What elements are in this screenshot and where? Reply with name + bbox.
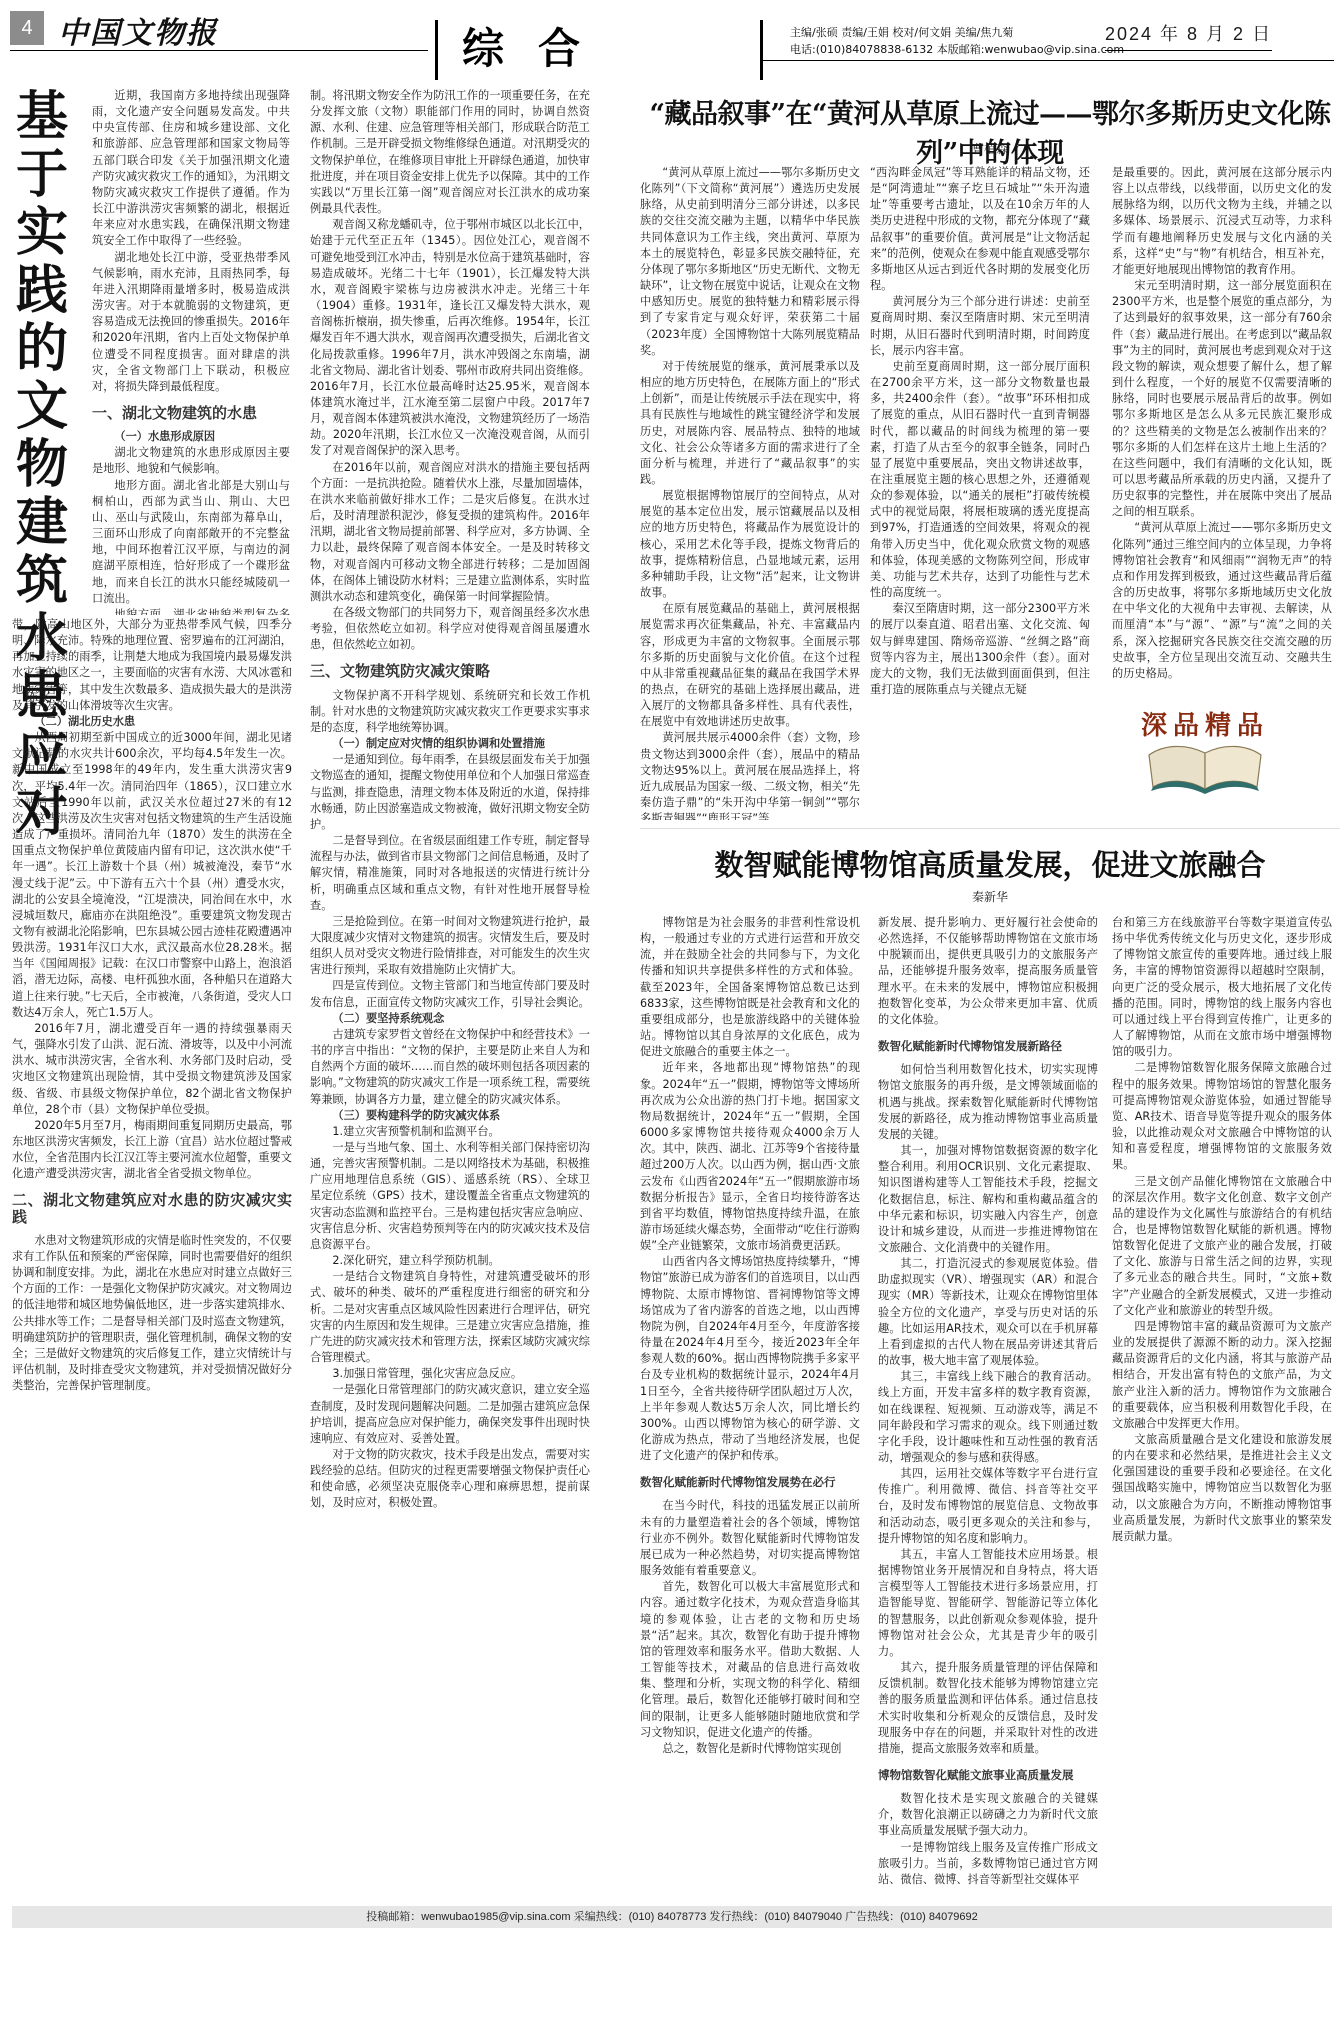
section-heading: 一、湖北文物建筑的水患 — [92, 405, 290, 421]
paragraph: “黄河从草原上流过——鄂尔多斯历史文化陈列”通过三维空间内的立体呈现，力争将博物… — [1112, 520, 1332, 682]
masthead-divider — [435, 20, 438, 80]
paragraph: 在原有展览藏品的基础上，黄河展根据展览需求再次征集藏品，补充、丰富藏品内容，形成… — [640, 601, 860, 730]
paragraph: 一是结合文物建筑自身特性，对建筑遭受破坏的形式、破坏的种类、破坏的严重程度进行细… — [310, 1269, 590, 1366]
paragraph: 一是强化日常管理部门的防灾减灾意识，建立安全巡查制度，及时发现问题解决问题。二是… — [310, 1382, 590, 1447]
paragraph: 在2016年以前，观音阁应对洪水的措施主要包括两个方面：一是抗洪抢险。随着伏水上… — [310, 460, 590, 605]
article1-column-1-wide: 带，除高山地区外，大部分为亚热带季风气候，四季分明、降水充沛。特殊的地理位置、密… — [12, 617, 292, 1902]
section-heading: 二、湖北文物建筑应对水患的防灾减灾实践 — [12, 1192, 292, 1224]
paragraph: 在当今时代，科技的迅猛发展正以前所未有的力量塑造着社会的各个领域，博物馆行业亦不… — [640, 1498, 860, 1579]
page-number: 4 — [10, 11, 44, 45]
paragraph: 2020年5月至7月，梅雨期间重复同期历史最高，鄂东地区洪涝灾害频发，长江上游（… — [12, 1118, 292, 1183]
paragraph: 3.加强日常管理，强化灾害应急反应。 — [310, 1366, 590, 1382]
paragraph: 湖北地处长江中游，受亚热带季风气候影响，雨水充沛，且雨热同季，每年进入汛期降雨量… — [92, 250, 290, 395]
paragraph: 地形方面。湖北省北部是大别山与桐柏山，西部为武当山、荆山、大巴山、巫山与武陵山，… — [92, 478, 290, 607]
contact-line: 电话:(010)84078838-6132 本版邮箱:wenwubao@vip.… — [790, 41, 1124, 58]
masthead-rule — [10, 50, 428, 51]
subsection-heading: （一）制定应对灾情的组织协调和处置措施 — [310, 736, 590, 752]
paragraph: 从西周初期至新中国成立的近3000年间，湖北见诸文献记载的水灾共计600余次，平… — [12, 730, 292, 1021]
paragraph: 二是督导到位。在省级层面组建工作专班，制定督导流程与办法，做到省市县文物部门之间… — [310, 833, 590, 914]
article2-author: 曹植森 — [640, 140, 1340, 157]
editor-credits: 主编/张硕 责编/王娟 校对/何文娟 美编/焦九菊 电话:(010)840788… — [790, 24, 1124, 58]
paragraph: 黄河展共展示4000余件（套）文物，珍贵文物达到3000余件（套），展品中的精品… — [640, 730, 860, 820]
paragraph: 一是与当地气象、国土、水利等相关部门保持密切沟通，完善灾害预警机制。二是以网络技… — [310, 1140, 590, 1253]
subsection-heading: （一）水患形成原因 — [92, 429, 290, 445]
paragraph: 1.建立灾害预警机制和监测平台。 — [310, 1124, 590, 1140]
subsection-heading: （三）要构建科学的防灾减灾体系 — [310, 1108, 590, 1124]
article3-title: 数智赋能博物馆高质量发展，促进文旅融合 — [640, 843, 1340, 884]
paragraph: 台和第三方在线旅游平台等数字渠道宣传弘扬中华优秀传统文化与历史文化，逐步形成了博… — [1112, 915, 1332, 1060]
footer-contact-bar: 投稿邮箱：wenwubao1985@vip.sina.com 采编热线：(010… — [12, 1906, 1332, 1928]
paragraph: 二是博物馆数智化服务保障文旅融合过程中的服务效果。博物馆场馆的智慧化服务可提高博… — [1112, 1060, 1332, 1173]
paragraph: 文旅高质量融合是文化建设和旅游发展的内在要求和必然结果，是推进社会主义文化强国建… — [1112, 1432, 1332, 1545]
paragraph: 2.深化研究，建立科学预防机制。 — [310, 1253, 590, 1269]
paragraph: 近年来，各地都出现“博物馆热”的现象。2024年“五一”假期，博物馆等文博场所再… — [640, 1060, 860, 1254]
paragraph: 近期，我国南方多地持续出现强降雨，文化遗产安全问题易发高发。中共中央宣传部、住房… — [92, 88, 290, 250]
paragraph: 数智化技术是实现文旅融合的关键媒介，数智化浪潮正以磅礴之力为新时代文旅事业高质量… — [878, 1791, 1098, 1839]
paragraph: 四是宣传到位。文物主管部门和当地宣传部门要及时发布信息，正面宣传文物防灾减灾工作… — [310, 978, 590, 1010]
paragraph: 展览根据博物馆展厅的空间特点，从对展览的基本定位出发，展示馆藏展品以及相应的地方… — [640, 488, 860, 601]
issue-date: 2024 年 8 月 2 日 — [1105, 20, 1272, 51]
paragraph: 黄河展分为三个部分进行讲述：史前至夏商周时期、秦汉至隋唐时期、宋元至明清时期，从… — [870, 294, 1090, 359]
paragraph: 如何恰当利用数智化技术，切实实现博物馆文旅服务的再升级，是文博领域面临的机遇与挑… — [878, 1062, 1098, 1143]
paragraph: 总之，数智化是新时代博物馆实现创 — [640, 1741, 860, 1757]
paragraph: 史前至夏商周时期，这一部分展厅面积在2700余平方米，这一部分文物数量也最多，共… — [870, 359, 1090, 601]
paragraph: 三是文创产品催化博物馆在文旅融合中的深层次作用。数字文化创意、数字文创产品的建设… — [1112, 1174, 1332, 1319]
masthead-rule — [760, 60, 1334, 61]
paragraph: 带，除高山地区外，大部分为亚热带季风气候，四季分明、降水充沛。特殊的地理位置、密… — [12, 617, 292, 714]
paragraph: “西沟畔金凤冠”等耳熟能详的精品文物，还是“阿湾遗址”“寨子圪旦石城址”“朱开沟… — [870, 165, 1090, 294]
paragraph: 山西省内各文博场馆热度持续攀升，“博物馆”旅游已成为游客们的首选项目，以山西博物… — [640, 1254, 860, 1464]
subsection-heading: （二）湖北历史水患 — [12, 714, 292, 730]
editors-line: 主编/张硕 责编/王娟 校对/何文娟 美编/焦九菊 — [790, 24, 1124, 41]
paragraph: 宋元至明清时期，这一部分展览面积在2300平方米，也是整个展览的重点部分，为了达… — [1112, 278, 1332, 520]
paragraph: 新发展、提升影响力、更好履行社会使命的必然选择，不仅能够帮助博物馆在文旅市场中脱… — [878, 915, 1098, 1028]
article1-column-2: 制。将汛期文物安全作为防汛工作的一项重要任务，在充分发挥文旅（文物）职能部门作用… — [310, 88, 590, 1902]
paragraph: 三是抢险到位。在第一时间对文物建筑进行抢护，最大限度减少灾情对文物建筑的损害。灾… — [310, 914, 590, 979]
paragraph: “黄河从草原上流过——鄂尔多斯历史文化陈列”（下文简称“黄河展”）遴选历史发展脉… — [640, 165, 860, 359]
masthead-divider — [760, 20, 763, 80]
paragraph: 在各级文物部门的共同努力下，观音阁虽经多次水患考验，但依然屹立如初。科学应对使得… — [310, 605, 590, 653]
paragraph: 是最重要的。因此，黄河展在这部分展示内容上以点带线，以线带面，以历史文化的发展脉… — [1112, 165, 1332, 278]
article3-author: 秦新华 — [640, 888, 1340, 905]
paper-logo: 中国文物报 — [58, 8, 218, 52]
open-book-icon — [1145, 735, 1265, 795]
paragraph: 2016年7月，湖北遭受百年一遇的持续强暴雨天气，强降水引发了山洪、泥石流、滑坡… — [12, 1021, 292, 1118]
article1-column-1: 近期，我国南方多地持续出现强降雨，文化遗产安全问题易发高发。中共中央宣传部、住房… — [92, 88, 290, 615]
paragraph: 地貌方面。湖北省地貌类型复杂多样，省内河流纵横、湖泊众多，被誉为“千湖之省”，域… — [92, 607, 290, 615]
masthead: 4 中国文物报 综合 主编/张硕 责编/王娟 校对/何文娟 美编/焦九菊 电话:… — [10, 10, 1334, 70]
article2-column-1: “黄河从草原上流过——鄂尔多斯历史文化陈列”（下文简称“黄河展”）遴选历史发展脉… — [640, 165, 860, 820]
paragraph: 水患对文物建筑形成的灾情是临时性突发的，不仅要求有工作队伍和预案的严密保障，同时… — [12, 1233, 292, 1395]
paragraph: 对于传统展览的继承，黄河展秉承以及相应的地方历史特色，在展陈方面上的“形式上创新… — [640, 359, 860, 488]
paragraph: 其一，加强对博物馆数据资源的数字化整合利用。利用OCR识别、文化元素提取、知识图… — [878, 1143, 1098, 1256]
paragraph: 其五，丰富人工智能技术应用场景。根据博物馆业务开展情况和自身特点，将大语言模型等… — [878, 1547, 1098, 1660]
paragraph: 制。将汛期文物安全作为防汛工作的一项重要任务，在充分发挥文旅（文物）职能部门作用… — [310, 88, 590, 217]
article3-column-3: 台和第三方在线旅游平台等数字渠道宣传弘扬中华优秀传统文化与历史文化，逐步形成了博… — [1112, 915, 1332, 1902]
paragraph: 对于文物的防灾救灾，技术手段是出发点，需要对实践经验的总结。但防灾的过程更需要增… — [310, 1447, 590, 1512]
paragraph: 博物馆是为社会服务的非营利性常设机构，一般通过专业的方式进行运营和开放交流，并在… — [640, 915, 860, 1060]
paragraph: 四是博物馆丰富的藏品资源可为文旅产业的发展提供了源源不断的动力。深入挖掘藏品资源… — [1112, 1319, 1332, 1432]
section-heading: 三、文物建筑防灾减灾策略 — [310, 663, 590, 679]
article2-column-3: 是最重要的。因此，黄河展在这部分展示内容上以点带线，以线带面，以历史文化的发展脉… — [1112, 165, 1332, 695]
paragraph: 首先，数智化可以极大丰富展览形式和内容。通过数字化技术，为观众营造身临其境的参观… — [640, 1579, 860, 1741]
paragraph: 古建筑专家罗哲文曾经在文物保护中和经营技术》一书的序言中指出：“文物的保护，主要… — [310, 1027, 590, 1108]
subsection-heading: （二）要坚持系统观念 — [310, 1011, 590, 1027]
paragraph: 其三，丰富线上线下融合的教育活动。线上方面，开发丰富多样的数字教育资源，如在线课… — [878, 1369, 1098, 1466]
article2-column-2: “西沟畔金凤冠”等耳熟能详的精品文物，还是“阿湾遗址”“寨子圪旦石城址”“朱开沟… — [870, 165, 1090, 820]
paragraph: 其六，提升服务质量管理的评估保障和反馈机制。数智化技术能够为博物馆建立完善的服务… — [878, 1660, 1098, 1757]
section-title: 综合 — [462, 16, 614, 76]
paragraph: 一是博物馆线上服务及宣传推广形成文旅吸引力。当前，多数博物馆已通过官方网站、微信… — [878, 1840, 1098, 1888]
subsection-heading: 数智化赋能新时代博物馆发展势在必行 — [640, 1474, 860, 1490]
subsection-heading: 数智化赋能新时代博物馆发展新路径 — [878, 1038, 1098, 1054]
paragraph: 观音阁又称龙蟠矶寺，位于鄂州市城区以北长江中，始建于元代至正五年（1345）。因… — [310, 217, 590, 459]
paragraph: 秦汉至隋唐时期，这一部分2300平方米的展厅以秦直道、昭君出塞、文化交流、匈奴与… — [870, 601, 1090, 698]
paragraph: 其二，打造沉浸式的参观展览体验。借助虚拟现实（VR）、增强现实（AR）和混合现实… — [878, 1256, 1098, 1369]
deep-quality-badge: 深品精品 — [1135, 705, 1275, 805]
paragraph: 其四，运用社交媒体等数字平台进行宣传推广。利用微博、微信、抖音等社交平台，及时发… — [878, 1466, 1098, 1547]
paragraph: 一是通知到位。每年雨季，在县级层面发布关于加强文物巡查的通知，提醒文物使用单位和… — [310, 752, 590, 833]
article3-column-1: 博物馆是为社会服务的非营利性常设机构，一般通过专业的方式进行运营和开放交流，并在… — [640, 915, 860, 1902]
article2-title: “藏品叙事”在“黄河从草原上流过——鄂尔多斯历史文化陈列”中的体现 — [640, 92, 1340, 170]
article3-column-2: 新发展、提升影响力、更好履行社会使命的必然选择，不仅能够帮助博物馆在文旅市场中脱… — [878, 915, 1098, 1902]
section-divider — [640, 828, 1340, 829]
paragraph: 文物保护离不开科学规划、系统研究和长效工作机制。针对水患的文物建筑防灾减灾救灾工… — [310, 688, 590, 736]
subsection-heading: 博物馆数智化赋能文旅事业高质量发展 — [878, 1767, 1098, 1783]
paragraph: 湖北文物建筑的水患形成原因主要是地形、地貌和气候影响。 — [92, 445, 290, 477]
